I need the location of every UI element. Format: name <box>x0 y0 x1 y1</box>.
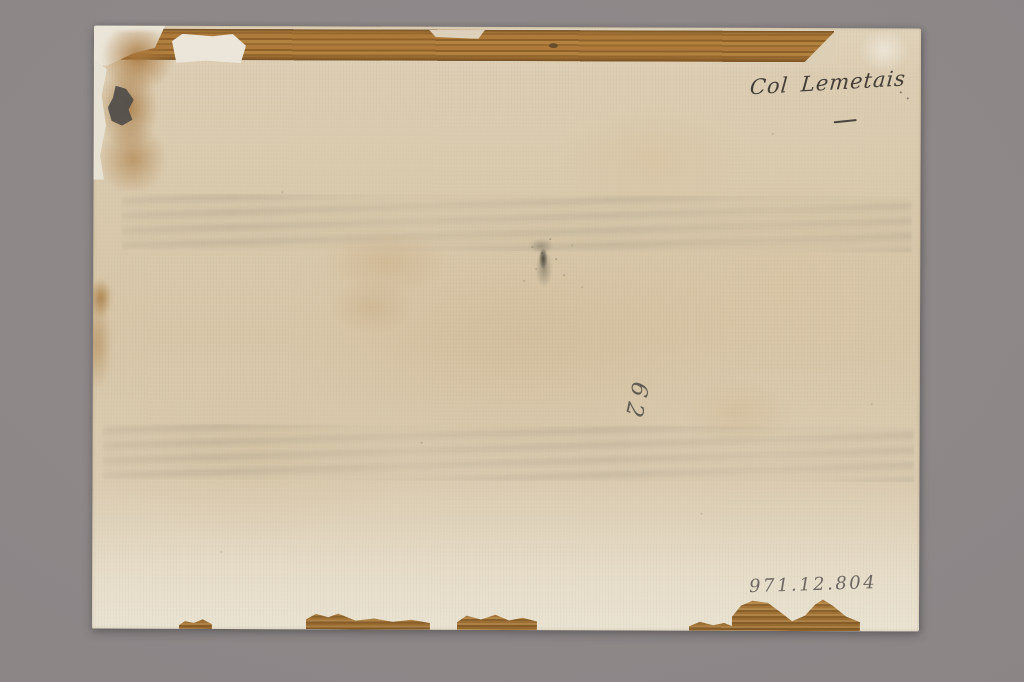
ink-dots <box>900 91 914 103</box>
brown-stain-left-middle <box>92 279 116 387</box>
wood-knot-spot <box>549 43 558 48</box>
photo-verso-card: Col Lemetais 62 971.12.804 <box>92 26 921 632</box>
mount-background: Col Lemetais 62 971.12.804 <box>0 0 1024 682</box>
handwritten-accession-number: 971.12.804 <box>749 572 878 597</box>
handwritten-rotated-number: 62 <box>599 366 673 440</box>
paper-grain-texture <box>92 26 921 632</box>
speckle-spots <box>541 252 543 254</box>
smudge-band-lower <box>102 424 914 483</box>
smudge-band-upper <box>121 194 912 253</box>
ink-blot-center <box>523 227 563 302</box>
